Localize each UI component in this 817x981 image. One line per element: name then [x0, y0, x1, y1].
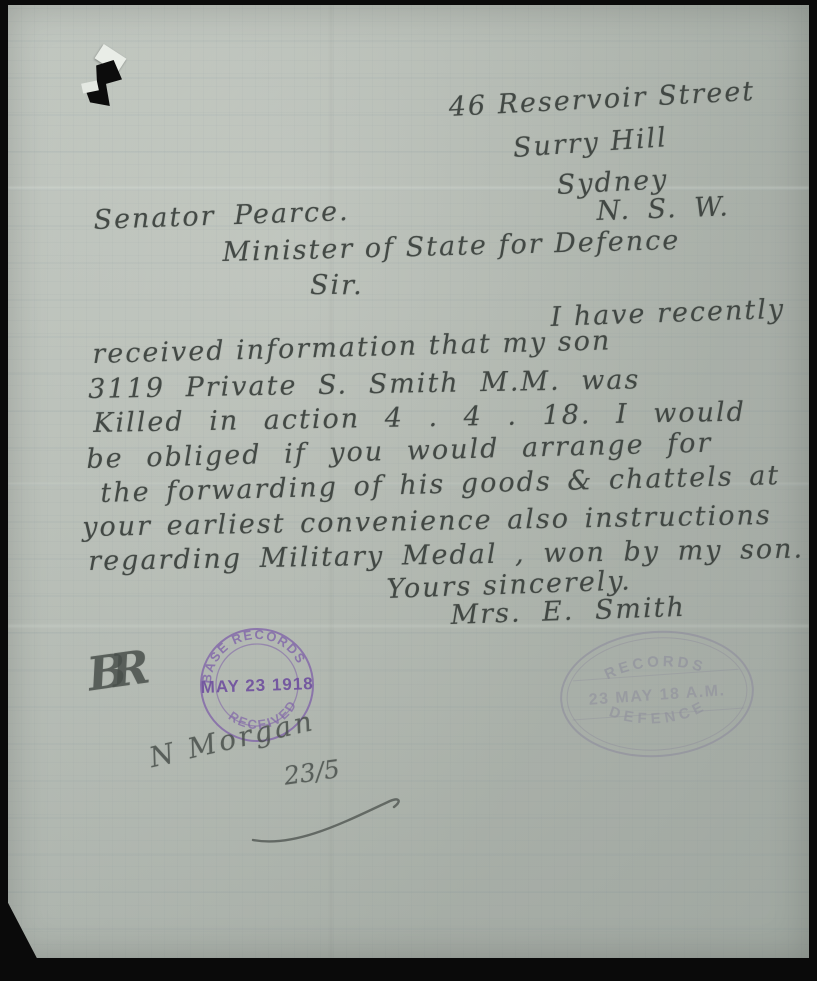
clerk-initials: BR [84, 641, 138, 701]
sender-address-line-4: N. S. W. [596, 191, 730, 227]
scanned-letter-page: 46 Reservoir Street Surry Hill Sydney N.… [0, 0, 817, 981]
paper-crease [8, 187, 809, 189]
salutation: Sir. [310, 270, 364, 301]
stamp-divider-line [573, 669, 739, 681]
records-defence-stamp: RECORDS DEFENCE 23 MAY 18 A.M. [552, 621, 763, 767]
pencil-flourish-stroke [245, 788, 415, 850]
stamp-date-text: MAY 23 1918 [200, 674, 314, 697]
torn-hole [80, 50, 128, 108]
stamp-arc-top-text: RECORDS [601, 650, 709, 684]
